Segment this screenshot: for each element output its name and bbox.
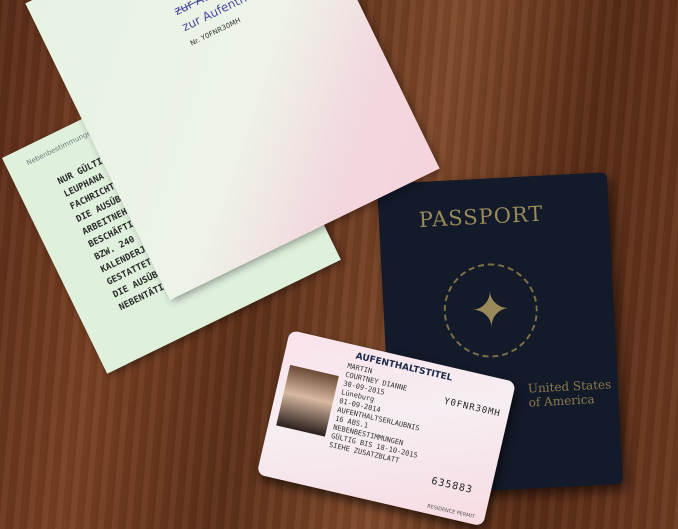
passport-title: PASSPORT (418, 202, 544, 232)
card-photo (276, 365, 339, 437)
passport-subtitle: United States of America (528, 377, 619, 410)
card-document-number: Y0FNR30MH (443, 397, 502, 420)
eagle-seal-icon: ✦ (441, 261, 540, 360)
supplement-stamp: Zusatzblatt zum Aufenthaltstitel zur Auf… (155, 0, 327, 52)
card-can-number: 635883 (430, 476, 474, 496)
card-fields: MARTIN COURTNEY DIANNE 30-09-2015 Lünebu… (328, 362, 434, 470)
